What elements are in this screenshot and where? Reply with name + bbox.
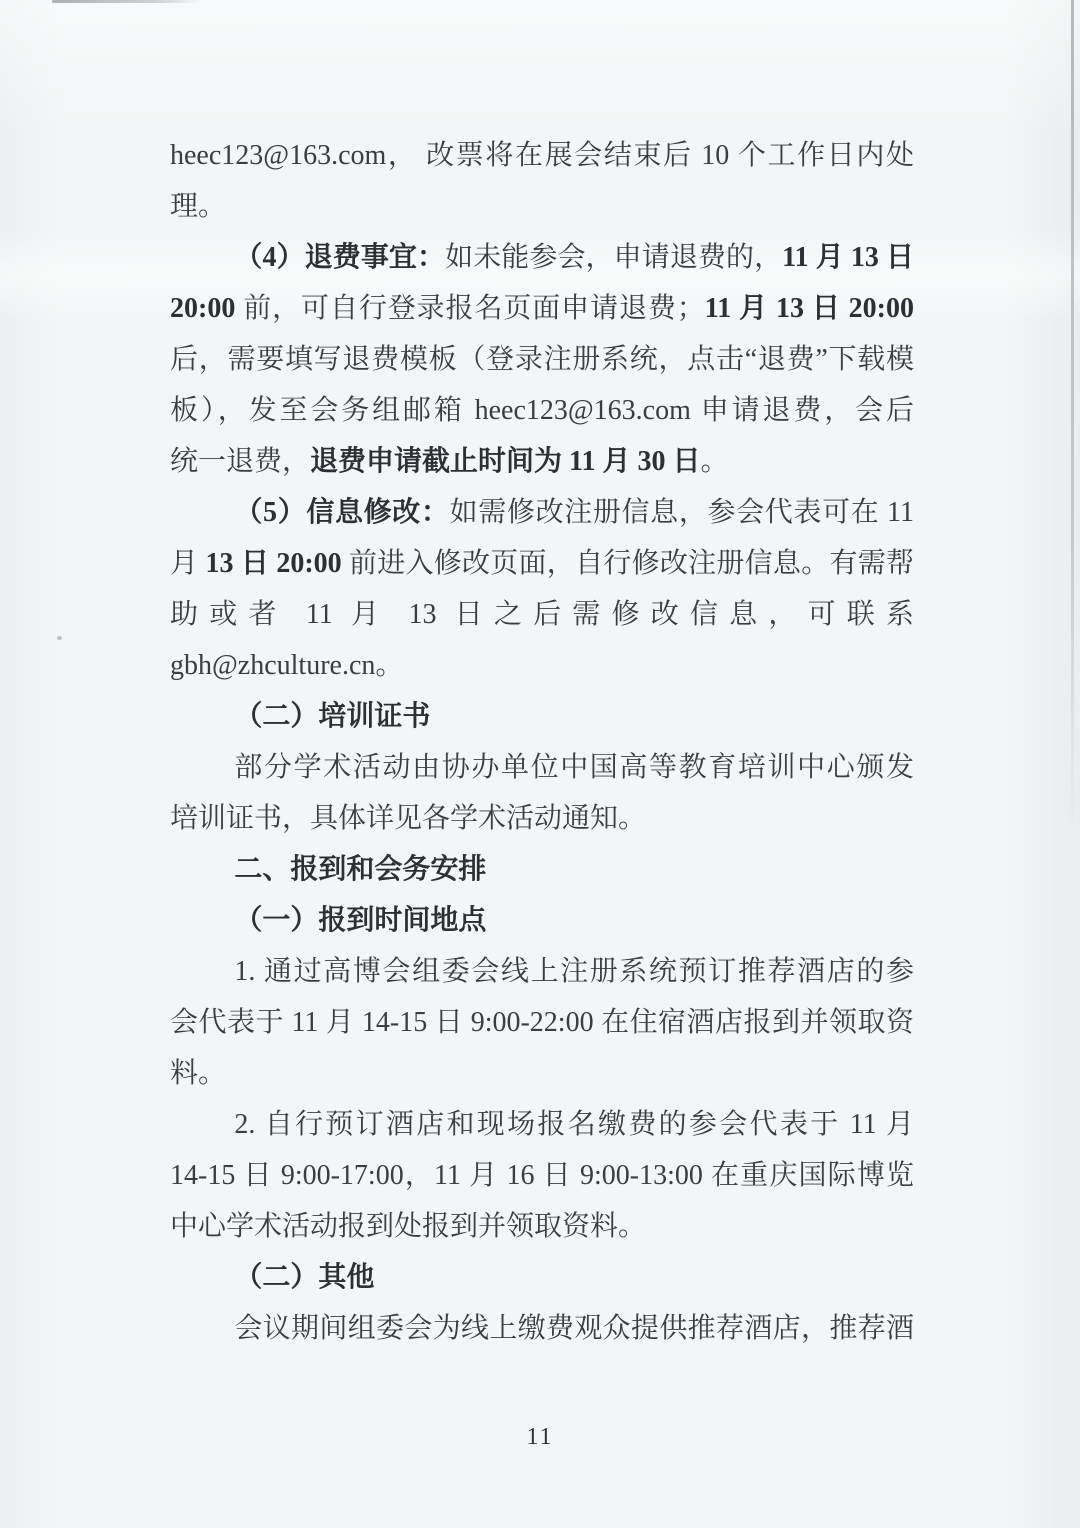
scan-artifact-right-edge xyxy=(1071,0,1074,830)
text-line: 1. 通过高博会组委会线上注册系统预订推荐酒店的参 xyxy=(170,946,914,997)
text-run: 如未能参会，申请退费的， xyxy=(445,242,782,273)
text-run: 前进入修改页面，自行修改注册信息。有需帮 xyxy=(342,548,914,579)
text-run: heec123@163.com， 改票将在展会结束后 10 个工作日内处 xyxy=(170,140,914,171)
text-run: gbh@zhculture.cn。 xyxy=(170,650,403,681)
text-line: 14-15 日 9:00-17:00，11 月 16 日 9:00-13:00 … xyxy=(170,1150,914,1201)
page-number: 11 xyxy=(0,1422,1080,1452)
text-line: （4）退费事宜：如未能参会，申请退费的，11 月 13 日 xyxy=(170,232,914,283)
text-run: 如需修改注册信息，参会代表可在 11 xyxy=(450,497,914,528)
text-line: 理。 xyxy=(170,181,914,232)
bold-text-run: 二、报到和会务安排 xyxy=(234,854,486,885)
bold-text-run: （一）报到时间地点 xyxy=(234,905,486,936)
text-line: 2. 自行预订酒店和现场报名缴费的参会代表于 11 月 xyxy=(170,1099,914,1150)
text-line: （二）培训证书 xyxy=(170,691,914,742)
text-line: 会议期间组委会为线上缴费观众提供推荐酒店，推荐酒 xyxy=(170,1303,914,1354)
bold-text-run: （二）其他 xyxy=(234,1262,374,1293)
text-line: heec123@163.com， 改票将在展会结束后 10 个工作日内处 xyxy=(170,130,914,181)
text-line: 料。 xyxy=(170,1048,914,1099)
text-line: 后，需要填写退费模板（登录注册系统，点击“退费”下载模 xyxy=(170,334,914,385)
bold-text-run: （二）培训证书 xyxy=(234,701,430,732)
text-run: 2. 自行预订酒店和现场报名缴费的参会代表于 11 月 xyxy=(234,1109,914,1140)
text-run: 月 xyxy=(170,548,206,579)
text-run: 会代表于 11 月 14-15 日 9:00-22:00 在住宿酒店报到并领取资 xyxy=(170,1007,914,1038)
text-line: 20:00 前，可自行登录报名页面申请退费；11 月 13 日 20:00 xyxy=(170,283,914,334)
bold-text-run: （4）退费事宜： xyxy=(234,242,445,273)
text-line: 部分学术活动由协办单位中国高等教育培训中心颁发 xyxy=(170,742,914,793)
text-run: 前，可自行登录报名页面申请退费； xyxy=(235,293,704,324)
text-line: 会代表于 11 月 14-15 日 9:00-22:00 在住宿酒店报到并领取资 xyxy=(170,997,914,1048)
text-run: 培训证书，具体详见各学术活动通知。 xyxy=(170,803,646,834)
text-run: 1. 通过高博会组委会线上注册系统预订推荐酒店的参 xyxy=(234,956,914,987)
bold-text-run: 11 月 13 日 20:00 xyxy=(705,293,914,324)
text-run: 板），发至会务组邮箱 heec123@163.com 申请退费，会后 xyxy=(170,395,914,426)
text-line: 培训证书，具体详见各学术活动通知。 xyxy=(170,793,914,844)
text-run: 部分学术活动由协办单位中国高等教育培训中心颁发 xyxy=(234,752,914,783)
text-line: （二）其他 xyxy=(170,1252,914,1303)
text-line: gbh@zhculture.cn。 xyxy=(170,640,914,691)
bold-text-run: 20:00 xyxy=(170,293,235,324)
scan-speck xyxy=(57,636,62,640)
text-run: 会议期间组委会为线上缴费观众提供推荐酒店，推荐酒 xyxy=(234,1313,914,1344)
text-line: （一）报到时间地点 xyxy=(170,895,914,946)
document-page: heec123@163.com， 改票将在展会结束后 10 个工作日内处理。（4… xyxy=(0,0,1080,1528)
document-body: heec123@163.com， 改票将在展会结束后 10 个工作日内处理。（4… xyxy=(170,130,914,1354)
text-line: 统一退费，退费申请截止时间为 11 月 30 日。 xyxy=(170,436,914,487)
text-line: 板），发至会务组邮箱 heec123@163.com 申请退费，会后 xyxy=(170,385,914,436)
text-line: 中心学术活动报到处报到并领取资料。 xyxy=(170,1201,914,1252)
text-run: 。 xyxy=(700,446,728,477)
text-run: 理。 xyxy=(170,191,226,222)
text-run: 统一退费， xyxy=(170,446,310,477)
text-line: 二、报到和会务安排 xyxy=(170,844,914,895)
text-run: 助或者 11 月 13 日之后需修改信息，可联系 xyxy=(170,599,914,630)
text-run: 中心学术活动报到处报到并领取资料。 xyxy=(170,1211,646,1242)
bold-text-run: 13 日 20:00 xyxy=(206,548,342,579)
bold-text-run: 退费申请截止时间为 11 月 30 日 xyxy=(310,446,700,477)
text-run: 料。 xyxy=(170,1058,226,1089)
bold-text-run: 11 月 13 日 xyxy=(782,242,914,273)
text-line: 助或者 11 月 13 日之后需修改信息，可联系 xyxy=(170,589,914,640)
text-line: 月 13 日 20:00 前进入修改页面，自行修改注册信息。有需帮 xyxy=(170,538,914,589)
text-run: 后，需要填写退费模板（登录注册系统，点击“退费”下载模 xyxy=(170,344,914,375)
scan-artifact-top-streak xyxy=(52,0,202,3)
text-line: （5）信息修改：如需修改注册信息，参会代表可在 11 xyxy=(170,487,914,538)
bold-text-run: （5）信息修改： xyxy=(234,497,449,528)
text-run: 14-15 日 9:00-17:00，11 月 16 日 9:00-13:00 … xyxy=(170,1160,914,1191)
